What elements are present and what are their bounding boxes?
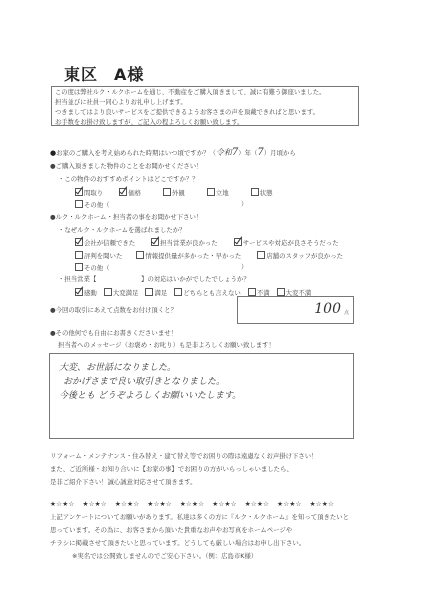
star-icon: ★☆★☆ <box>50 500 74 508</box>
score-value[interactable]: 100 <box>314 301 341 317</box>
era-field[interactable]: 令和 <box>216 148 232 157</box>
checkbox-store-staff[interactable]: 店舗のスタッフが良かった <box>257 251 343 261</box>
radio-neutral[interactable]: どちらとも言えない <box>174 288 241 298</box>
score-box[interactable]: 100 点 <box>237 296 354 324</box>
notice-line: チラシに掲載させて頂きたいと思っています。どうしても厳しい場合はお申し出下さい。 <box>50 539 305 548</box>
star-icon: ★☆★☆ <box>180 500 204 508</box>
question-purchase-timing: ●お家のご購入を考え始められた時期はいつ頃ですか？（令和7）年（7）月頃から <box>50 148 296 158</box>
star-icon: ★☆★☆ <box>82 500 106 508</box>
star-divider: ★☆★☆★☆★☆★☆★☆★☆★☆★☆★☆★☆★☆★☆★☆★☆★☆★☆★☆ <box>50 500 342 508</box>
radio-impressed[interactable]: 感動 <box>75 288 97 298</box>
message-box[interactable]: 大変、お世話になりました。 おかげさまで良い取引きとなりました。 今後とも どう… <box>49 353 354 439</box>
checkbox-good-service[interactable]: サービスや対応が良さそうだった <box>234 238 339 248</box>
question-property: ●ご購入頂きました物件のことをお聞かせください！ <box>50 162 203 171</box>
paren-close: ） <box>241 263 247 272</box>
message-line: おかげさまで良い取引きとなりました。 <box>63 374 225 387</box>
question-text: お家のご購入を考え始められた時期はいつ頃ですか？（ <box>56 149 216 157</box>
message-line: 今後とも どうぞよろしくお願いいたします。 <box>59 388 241 401</box>
radio-very-satisfied[interactable]: 大変満足 <box>104 288 139 298</box>
checkbox-checked[interactable] <box>75 288 83 296</box>
checkbox-condition[interactable]: 状態 <box>251 188 273 198</box>
reason-options-row1: 会社が信頼できた 担当営業が良かった サービスや対応が良さそうだった <box>75 238 351 248</box>
checkbox-info-volume[interactable]: 情報提供量が多かった・早かった <box>136 251 241 261</box>
checkbox-checked[interactable] <box>234 238 242 246</box>
star-icon: ★☆★☆ <box>310 500 334 508</box>
star-icon: ★☆★☆ <box>277 500 301 508</box>
checkbox-price[interactable]: 価格 <box>119 188 141 198</box>
intro-line: 担当並びに社員一同心よりお礼申し上げます。 <box>55 98 358 108</box>
checkbox[interactable] <box>136 251 144 259</box>
checkbox-location[interactable]: 立地 <box>207 188 229 198</box>
message-instruction: 担当者へのメッセージ（お褒め・お叱り）も是非よろしくお願い致します！ <box>58 341 275 350</box>
footer-line: リフォーム・メンテナンス・住み替え・建て替え等でお困りの際は遠慮なくお声掛け下さ… <box>50 452 318 461</box>
reason-options-row2: 評判を聞いた 情報提供量が多かった・早かった 店舗のスタッフが良かった <box>75 251 355 261</box>
month-suffix: ）月頃から <box>264 149 296 157</box>
question-why-chosen: ・なぜルク・ルクホームを選ばれましたか？ <box>58 226 186 235</box>
checkbox[interactable] <box>145 288 153 296</box>
intro-line: つきましてはより良いサービスをご提供できるようお客さまの声を頂戴できればと思いま… <box>55 108 358 118</box>
message-line: 大変、お世話になりました。 <box>59 360 176 373</box>
privacy-note: ※実名では公開致しませんのでご安心下さい。（例：広島市K様） <box>72 552 257 561</box>
notice-line: 思っています。その為に、お客さまから頂いた貴重なお声やお写真をホームページや <box>50 526 292 535</box>
page-title: 東区A様 <box>64 62 144 85</box>
paren-close: ） <box>241 200 247 209</box>
checkbox-reputation[interactable]: 評判を聞いた <box>75 251 122 261</box>
checkbox-checked[interactable] <box>151 238 159 246</box>
checkbox[interactable] <box>174 288 182 296</box>
checkbox-checked[interactable] <box>75 188 83 196</box>
question-score: ●今回の取引にあえて点数をお付け頂くと？ <box>50 306 177 315</box>
checkbox-layout[interactable]: 間取り <box>75 188 103 198</box>
checkbox[interactable] <box>163 188 171 196</box>
recommend-other[interactable]: その他（ <box>75 200 110 210</box>
star-icon: ★☆★☆ <box>115 500 139 508</box>
checkbox[interactable] <box>248 288 256 296</box>
star-icon: ★☆★☆ <box>245 500 269 508</box>
checkbox[interactable] <box>75 263 83 271</box>
notice-line: 上記アンケートについてお願いがあります。私達は多くの方に『ルク・ルクホーム』を知… <box>50 513 349 522</box>
intro-line: この度は弊社ルク・ルクホームを通じ、不動産をご購入頂きまして、誠に有難う御座いま… <box>55 88 358 98</box>
footer-line: 是非ご紹介下さい！誠心誠意対応させて頂きます。 <box>50 478 196 487</box>
intro-box: この度は弊社ルク・ルクホームを通じ、不動産をご購入頂きまして、誠に有難う御座いま… <box>51 86 359 126</box>
checkbox-good-sales-rep[interactable]: 担当営業が良かった <box>151 238 218 248</box>
customer-name: A様 <box>114 65 144 84</box>
recommend-options: 間取り 価格 外観 立地 状態 <box>75 188 284 198</box>
checkbox[interactable] <box>104 288 112 296</box>
checkbox-checked[interactable] <box>75 238 83 246</box>
ward-label: 東区 <box>64 65 98 84</box>
footer-line: また、ご近所様・お知り合いに【お家の事】でお困りの方がいらっしゃいましたら、 <box>50 465 293 474</box>
question-recommend-points: ・この物件のおすすめポイントはどこですか？？ <box>58 175 199 184</box>
question-free-comment: ●その他何でも自由にお書きくださいませ！ <box>50 329 177 338</box>
reason-other[interactable]: その他（ <box>75 263 110 273</box>
year-suffix: ）年（ <box>238 149 257 157</box>
checkbox-checked[interactable] <box>119 188 127 196</box>
score-unit: 点 <box>344 309 349 316</box>
star-icon: ★☆★☆ <box>147 500 171 508</box>
checkbox[interactable] <box>277 288 285 296</box>
star-icon: ★☆★☆ <box>212 500 236 508</box>
question-company: ●ルク・ルクホーム・担当者の事をお聞かせ下さい！ <box>50 213 202 222</box>
checkbox[interactable] <box>257 251 265 259</box>
intro-line: お手数をお掛け致しますが、ご記入の程よろしくお願い致します。 <box>55 118 358 128</box>
checkbox-trusted-company[interactable]: 会社が信頼できた <box>75 238 135 248</box>
checkbox[interactable] <box>207 188 215 196</box>
radio-satisfied[interactable]: 満足 <box>145 288 167 298</box>
question-sales-rep: ・担当営業【 】の対応はいかがでしたでしょうか？ <box>58 275 250 284</box>
checkbox[interactable] <box>251 188 259 196</box>
checkbox-exterior[interactable]: 外観 <box>163 188 185 198</box>
checkbox[interactable] <box>75 251 83 259</box>
checkbox[interactable] <box>75 200 83 208</box>
